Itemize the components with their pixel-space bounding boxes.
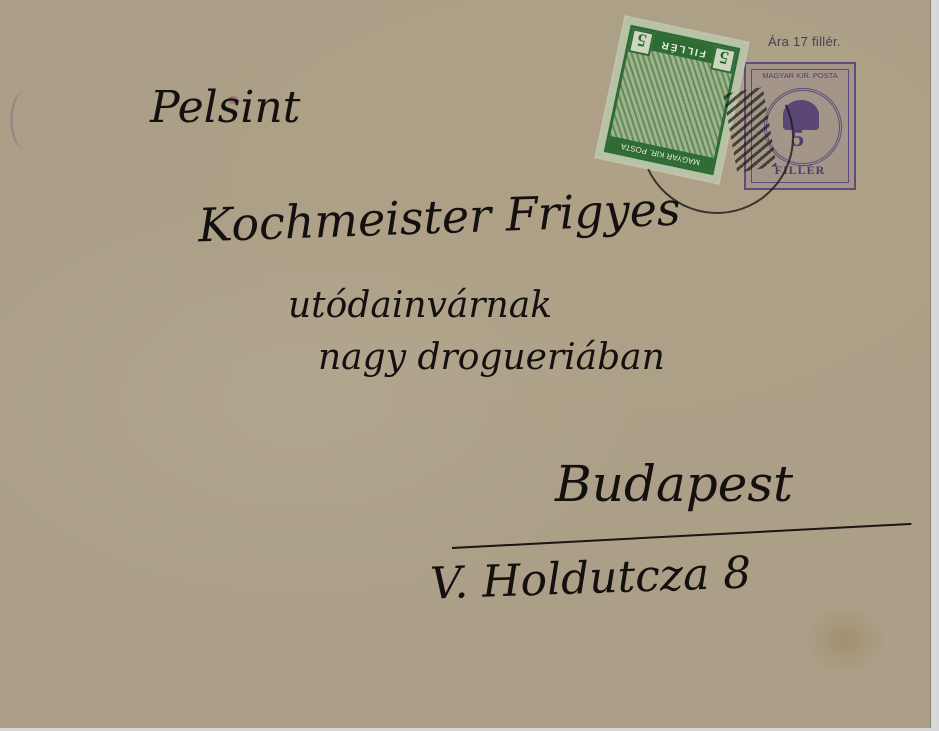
printed-price: Ára 17 fillér. bbox=[768, 34, 841, 49]
address-line-4: nagy drogueriában bbox=[318, 337, 665, 378]
address-street: V. Holdutcza 8 bbox=[429, 547, 752, 609]
stamp-value-right: 5 bbox=[628, 28, 655, 56]
address-line-1: Pelsint bbox=[150, 82, 300, 133]
city-underline bbox=[452, 523, 911, 549]
address-city: Budapest bbox=[555, 455, 793, 513]
ink-smudge bbox=[10, 90, 43, 150]
envelope: Ára 17 fillér. MAGYAR KIR. POSTA 5 FILLÉ… bbox=[0, 0, 930, 728]
address-line-3: utódainvárnak bbox=[288, 285, 552, 326]
address-line-2: Kochmeister Frigyes bbox=[197, 182, 681, 253]
